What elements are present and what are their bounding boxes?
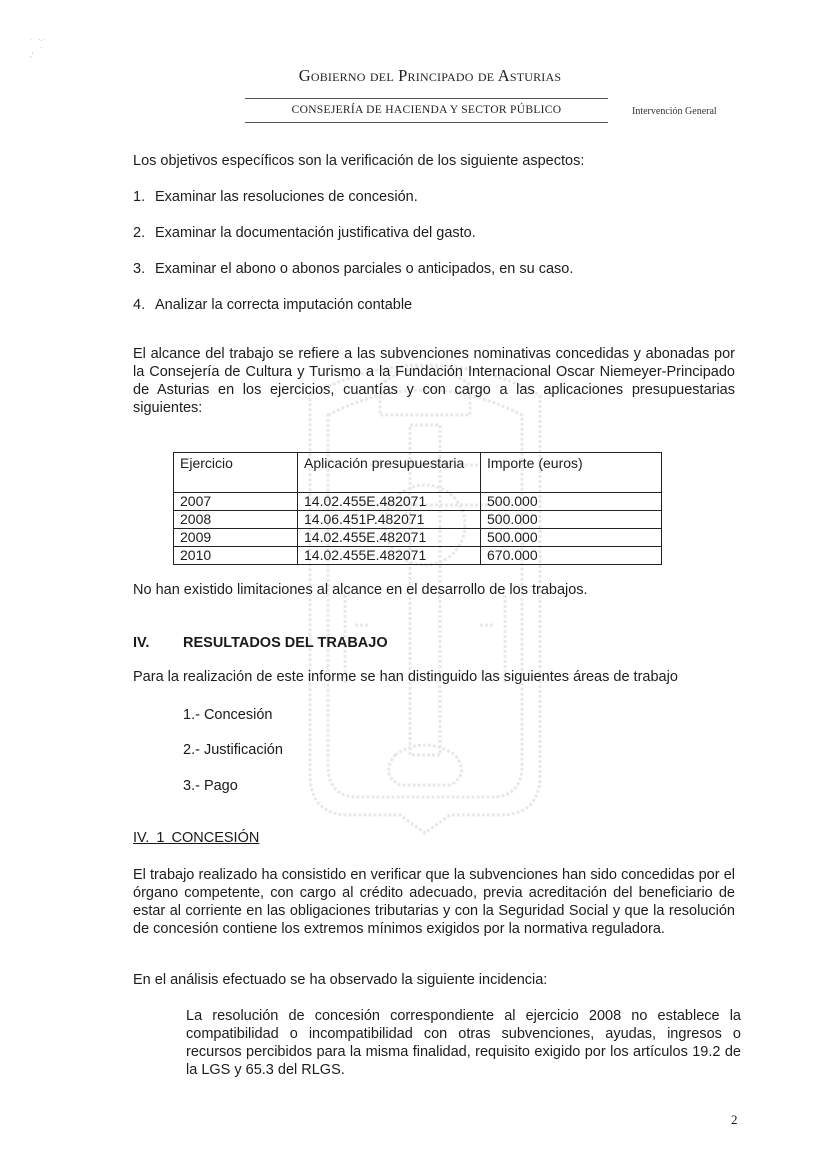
cell-application: 14.02.455E.482071 bbox=[298, 547, 481, 565]
cell-year: 2008 bbox=[174, 511, 298, 529]
cell-application: 14.02.455E.482071 bbox=[298, 529, 481, 547]
page-number: 2 bbox=[731, 1112, 738, 1128]
scan-specks: · ·.· ·,' bbox=[30, 36, 44, 60]
cell-application: 14.06.451P.482071 bbox=[298, 511, 481, 529]
column-header: Ejercicio bbox=[174, 453, 298, 493]
scope-paragraph: El alcance del trabajo se refiere a las … bbox=[133, 345, 735, 417]
column-header: Importe (euros) bbox=[481, 453, 662, 493]
limitations-text: No han existido limitaciones al alcance … bbox=[133, 581, 735, 599]
cell-amount: 500.000 bbox=[481, 529, 662, 547]
cell-amount: 500.000 bbox=[481, 511, 662, 529]
table-row: 2008 14.06.451P.482071 500.000 bbox=[174, 511, 662, 529]
department-name: CONSEJERÍA DE HACIENDA Y SECTOR PÚBLICO bbox=[245, 104, 608, 116]
work-area-item: 2.- Justificación bbox=[183, 742, 283, 758]
table-row: 2009 14.02.455E.482071 500.000 bbox=[174, 529, 662, 547]
objective-item: 4.Analizar la correcta imputación contab… bbox=[133, 296, 735, 314]
cell-year: 2010 bbox=[174, 547, 298, 565]
column-header: Aplicación presupuestaria bbox=[298, 453, 481, 493]
table-row: 2010 14.02.455E.482071 670.000 bbox=[174, 547, 662, 565]
incidence-paragraph: La resolución de concesión correspondien… bbox=[186, 1007, 741, 1079]
budget-table: Ejercicio Aplicación presupuestaria Impo… bbox=[173, 452, 662, 565]
work-area-item: 3.- Pago bbox=[183, 778, 238, 794]
table-row: 2007 14.02.455E.482071 500.000 bbox=[174, 493, 662, 511]
government-title: Gobierno del Principado de Asturias bbox=[250, 66, 610, 86]
header-rule-bottom bbox=[245, 122, 608, 123]
incidence-intro: En el análisis efectuado se ha observado… bbox=[133, 971, 735, 989]
work-area-item: 1.- Concesión bbox=[183, 707, 272, 723]
objective-item: 1.Examinar las resoluciones de concesión… bbox=[133, 188, 735, 206]
cell-application: 14.02.455E.482071 bbox=[298, 493, 481, 511]
cell-year: 2009 bbox=[174, 529, 298, 547]
objective-item: 2.Examinar la documentación justificativ… bbox=[133, 224, 735, 242]
cell-amount: 500.000 bbox=[481, 493, 662, 511]
concession-paragraph: El trabajo realizado ha consistido en ve… bbox=[133, 866, 735, 938]
cell-year: 2007 bbox=[174, 493, 298, 511]
office-name: Intervención General bbox=[632, 106, 717, 117]
table-header-row: Ejercicio Aplicación presupuestaria Impo… bbox=[174, 453, 662, 493]
objective-item: 3.Examinar el abono o abonos parciales o… bbox=[133, 260, 735, 278]
header-rule-top bbox=[245, 98, 608, 99]
section-intro: Para la realización de este informe se h… bbox=[133, 668, 735, 686]
subsection-heading: IV. 1 CONCESIÓN bbox=[133, 830, 259, 846]
objectives-intro: Los objetivos específicos son la verific… bbox=[133, 152, 735, 170]
cell-amount: 670.000 bbox=[481, 547, 662, 565]
section-heading: IV.RESULTADOS DEL TRABAJO bbox=[133, 635, 388, 651]
